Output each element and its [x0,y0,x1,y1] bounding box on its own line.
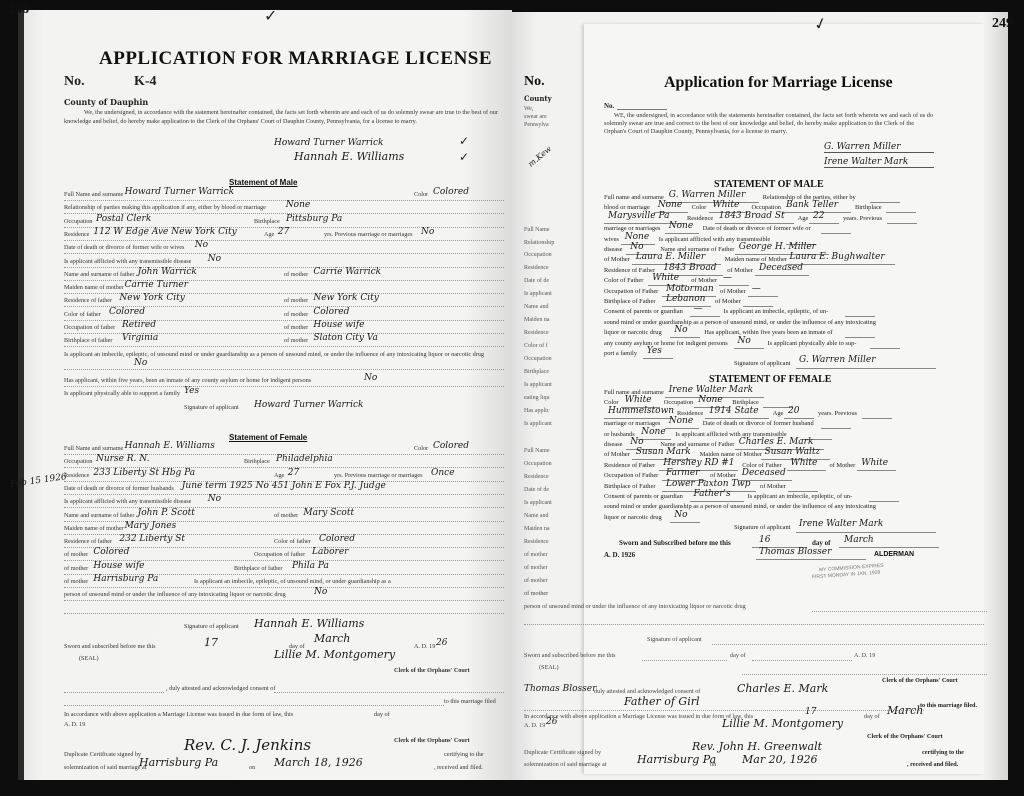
field-label: of mother [64,577,88,586]
field-value: Philadelphia [276,454,333,464]
field-value: None [669,221,693,231]
field-label: of mother [284,336,308,345]
license-ad-label: A. D. 19 [524,722,545,729]
underlying-label: Is applicant [524,382,552,388]
form-line [64,386,504,387]
form-line [748,296,778,297]
solemnization-label: solemnization of said marriage at [524,761,606,768]
field-value: Mary Scott [303,508,354,518]
form-line [796,532,936,533]
license-day-label: day of [864,713,880,720]
field-label: of mother [284,296,308,305]
field-value: Susan Mark [636,447,691,457]
field-label: Is applicant an imbecile, epileptic, of … [724,308,829,315]
form-line [690,316,720,317]
field-value: 27 [278,227,289,237]
check-mark-icon: ✓ [812,13,830,36]
field-label: person of unsound mind or under the infl… [524,603,746,610]
license-year: 26 [546,717,557,727]
marriage-date: Mar 20, 1926 [742,753,818,766]
field-label: Residence of father [64,296,112,305]
form-line [64,494,504,495]
book-bottom-edge [0,780,1024,796]
field-label: of Mother [720,288,746,295]
underlying-label: County [524,94,552,103]
form-line [812,611,987,612]
sworn-label: Sworn and subscribed before me this [524,652,616,659]
form-line [743,306,773,307]
form-line [64,267,504,268]
field-value: White [713,200,740,210]
pasted-application-form: ✓ Application for Marriage License No. W… [584,24,984,774]
sworn-ad: A. D. 1926 [604,551,635,559]
underlying-label: Date of de [524,487,549,493]
underlying-label: eating liqu [524,395,550,401]
ledger-spread: 248 ✓ APPLICATION FOR MARRIAGE LICENSE N… [0,0,1024,796]
filed-label: to this marriage filed. [920,702,977,709]
underlying-label: Full Name [524,448,550,454]
page-number-right: 249 [992,16,1013,32]
field-label: wives [604,236,619,243]
field-value: Slaton City Va [313,333,377,343]
underlying-label: Is applicant [524,291,552,297]
form-line [755,275,809,276]
form-line [821,233,851,234]
field-label: Has applicant, within five years been an… [704,329,832,336]
field-value: 1914 State [709,406,759,416]
field-label: of Mother [830,462,856,469]
field-value: None [625,232,649,242]
duplicate-signer: Rev. John H. Greenwalt [692,740,822,753]
form-line [742,674,987,675]
form-line [690,501,744,502]
form-line [670,337,700,338]
sworn-label: Sworn and Subscribed before me this [619,539,731,547]
preamble: We, the undersigned, in accordance with … [64,108,504,126]
underlying-label: Birthplace [524,369,549,375]
form-line [809,223,839,224]
underlying-label: Residence [524,474,549,480]
alderman-signature: Thomas Blosser [759,547,831,557]
field-value: Yes [647,346,662,356]
field-label: Occupation [64,217,93,226]
field-label: Birthplace [254,217,280,226]
underlying-label: Occupation [524,461,552,467]
male-section-heading: STATEMENT OF MALE [714,179,824,190]
field-label: years. Previous [843,215,882,222]
field-value: White [861,458,888,468]
form-line [705,418,769,419]
field-label: Color of father [274,537,311,546]
field-label: Consent of parents or guardian [604,493,683,500]
field-label: Occupation of father [64,323,115,332]
field-label: Age [264,230,274,239]
underlying-label: Is applicant [524,421,552,427]
field-value: Deceased [742,468,786,478]
form-line [787,470,826,471]
field-value: No [630,437,643,447]
field-label: Full name and surname [604,194,664,201]
form-line [64,587,504,588]
certifying-label: certifying to the [444,750,484,759]
license-day: 17 [805,707,816,717]
field-label: Maiden name of mother [64,524,124,533]
field-label: Age [773,410,784,417]
underlying-label: Pennsylva [524,122,549,128]
underlying-label: Date of de [524,278,549,284]
question-label: Is applicant physically able to support … [64,389,180,398]
field-label: port a family [604,350,637,357]
field-label: of mother [284,270,308,279]
license-month: March [887,704,923,717]
duplicate-label: Duplicate Certificate signed by [64,750,141,759]
field-value: Retired [122,320,156,330]
form-number-label: No. [604,102,614,110]
field-label: Occupation of Father [604,472,658,479]
underlying-label: of mother [524,565,548,571]
underlying-label: Maiden na [524,317,550,323]
field-value: Colored [433,187,469,197]
answer-value: No [364,373,377,383]
field-value: Father's [694,489,731,499]
female-section-heading: STATEMENT OF FEMALE [709,374,831,385]
form-line [64,705,444,706]
field-value: No [208,254,221,264]
field-value: None [669,416,693,426]
signature-label: Signature of applicant [734,360,790,367]
form-title: Application for Marriage License [664,74,893,92]
form-line [734,348,764,349]
license-issued-label: In accordance with above application a M… [64,710,293,719]
sworn-month: March [314,632,350,645]
field-value: White [791,458,818,468]
field-label: of mother [284,323,308,332]
margin-note: Feb 15 1926 [10,472,68,490]
field-label: of mother [524,590,548,597]
field-label: Residence [64,471,89,480]
sworn-day: 16 [759,535,770,545]
form-line [869,501,899,502]
field-label: Is applicant afflicted with any transmis… [64,497,191,506]
form-line [862,418,892,419]
field-label: Date of death or divorce of former husba… [703,420,814,427]
field-value: No [674,325,687,335]
license-day-label: day of [374,710,390,719]
field-label: Consent of parents or guardian [604,308,683,315]
underlying-label: Maiden na [524,526,550,532]
field-value: No [195,240,208,250]
applicant-signature: Hannah E. Williams [254,617,364,630]
field-value: None [286,200,310,210]
field-value: Carrie Warrick [313,267,381,277]
male-section-heading: Statement of Male [229,178,297,187]
underlying-label: No. [524,74,545,90]
field-label: yrs. Previous marriage or marriages [324,230,413,239]
question-label: Has applicant, within five years, been a… [64,376,311,385]
page-title: APPLICATION FOR MARRIAGE LICENSE [99,48,492,70]
field-value: — [723,273,732,283]
check-mark-icon: ✓ [459,150,469,165]
marriage-place: Harrisburg Pa [637,753,716,766]
form-line [524,710,924,711]
form-line [788,491,818,492]
field-value: No [630,242,643,252]
clerk-label: Clerk of the Orphans' Court [867,733,943,740]
field-value: 20 [788,406,799,416]
form-line [821,428,851,429]
underlying-label: Residence [524,539,549,545]
signature-label: Signature of applicant [647,636,702,643]
field-value: Deceased [759,263,803,273]
field-value: Colored [319,534,355,544]
field-value: Laura E. Miller [636,252,705,262]
form-line [887,223,917,224]
field-value: Nurse R. N. [96,454,149,464]
applicant-signature: Irene Walter Mark [799,519,883,529]
field-label: Residence of father [64,537,112,546]
field-value: House wife [93,561,144,571]
applicant-signature-female: Irene Walter Mark [824,157,934,168]
field-label: Age [274,471,284,480]
field-value: — [752,284,761,294]
field-value: Virginia [122,333,158,343]
certifying-label: certifying to the [922,749,964,756]
field-label: Full Name and surname [64,444,123,453]
underlying-label: Color of f [524,343,548,349]
form-line [64,346,504,347]
field-value: 233 Liberty St Hbg Pa [93,468,195,478]
form-line [712,644,987,645]
relation: Father of Girl [624,695,700,708]
answer-value: No [314,587,327,597]
field-label: of mother [284,310,308,319]
underlying-label: Occupation [524,356,552,362]
page-number-left: 248 [8,2,29,18]
underlying-label: swear are [524,114,547,120]
field-label: Name and surname of father [64,270,134,279]
field-value: Once [431,468,455,478]
field-label: Date of death or divorce of former wife … [703,225,811,232]
field-value: Hannah E. Williams [125,441,215,451]
sworn-year: 26 [436,638,447,648]
signature-label: Signature of applicant [184,622,239,631]
consent-of: Charles E. Mark [737,682,828,695]
field-label: Color [414,444,428,453]
clerk-label: Clerk of the Orphans' Court [394,666,470,675]
field-label: Birthplace of father [64,336,112,345]
field-label: Is applicant afflicted with any transmis… [64,257,191,266]
field-value: June term 1925 No 451 John E Fox P.J. Ju… [182,481,386,491]
number-value: K-4 [134,74,157,90]
form-line [665,428,699,429]
seal-label: (SEAL) [79,654,99,663]
form-line [64,240,504,241]
form-line [64,613,504,614]
underlying-label: Occupation [524,252,552,258]
field-label: of Mother [715,298,741,305]
applicant-signature: G. Warren Miller [799,355,876,365]
field-label: of Mother [604,451,630,458]
ad-label: A. D. 19 [854,652,875,659]
field-value: Pittsburg Pa [286,214,342,224]
field-value: None [641,427,665,437]
field-value: None [658,200,682,210]
field-label: of Mother [760,483,786,490]
field-value: No [208,494,221,504]
form-line [839,547,939,548]
field-label: yrs. Previous marriage or marriages [334,471,423,480]
field-label: liquor or narcotic drug [604,329,662,336]
form-number-field [617,109,667,110]
sworn-month: March [844,535,874,545]
form-line [604,418,673,419]
field-value: No [738,336,751,346]
form-line [796,368,936,369]
field-label: Occupation of father [254,550,305,559]
sworn-label: Sworn and subscribed before me this [64,642,156,651]
form-line [756,559,866,560]
field-value: George H. Miller [739,242,816,252]
field-value: No [421,227,434,237]
license-ad-label: A. D. 19 [64,720,85,729]
question-label: Is applicant an imbecile, epileptic, of … [64,350,504,359]
field-value: 232 Liberty St [119,534,185,544]
form-line [870,202,900,203]
field-label: Birthplace [244,457,270,466]
field-label: of Mother [604,256,630,263]
field-value: Marysville Pa [608,211,670,221]
check-mark-icon: ✓ [264,6,277,26]
ad-label: A. D. 19 [414,642,435,651]
form-line [64,253,504,254]
form-line [662,306,711,307]
underlying-label: We, [524,106,533,112]
field-value: 1843 Broad St [719,211,785,221]
underlying-label: of mother [524,552,548,558]
field-value: John Warrick [138,267,197,277]
right-page: 249 No.CountyWe,swear arePennsylvaFull N… [512,12,1008,784]
field-label: Relationship of parties making this appl… [64,203,266,212]
field-label: Birthplace of father [234,564,282,573]
margin-initials: m.Kew [526,144,553,169]
underlying-label: Name and [524,304,549,310]
consent-signer: Thomas Blosser [524,684,596,694]
field-value: Laborer [312,547,348,557]
field-label: of mother [64,564,88,573]
field-value: New York City [313,293,378,303]
applicant-signature: Howard Turner Warrick [254,400,363,410]
number-label: No. [64,74,85,90]
clerk-label: Clerk of the Orphans' Court [882,677,958,684]
field-label: Occupation [64,457,93,466]
received-label: , received and filed. [907,761,958,768]
field-value: Motorman [666,284,714,294]
field-label: of mother [64,550,88,559]
field-label: Residence [64,230,89,239]
applicant-signature-male: G. Warren Miller [824,142,934,153]
form-line [64,600,504,601]
field-label: Birthplace [855,204,882,211]
form-line [857,470,896,471]
field-label: sound mind or under guardianship as a pe… [604,503,876,510]
answer-value: Yes [184,386,199,396]
marriage-place: Harrisburg Pa [139,756,218,769]
signature-label: Signature of applicant [184,403,239,412]
seal-label: (SEAL) [539,664,559,671]
field-label: Occupation of Father [604,288,658,295]
field-label: Color of Father [604,277,643,284]
field-label: Residence of Father [604,267,655,274]
form-line [64,692,164,693]
field-value: — [694,304,703,314]
field-label: Name and surname of father [64,511,134,520]
field-value: White [652,273,679,283]
underlying-label: Has applic [524,408,550,414]
form-line [524,624,984,625]
field-value: Postal Clerk [96,214,151,224]
form-line [64,507,504,508]
underlying-label: Relationship [524,240,554,246]
field-label: of mother [274,511,298,520]
field-value: Phila Pa [292,561,329,571]
underlying-label: of mother [524,578,548,584]
field-label: Date of death or divorce of former husba… [64,484,174,493]
field-value: White [625,395,652,405]
field-value: Farmer [666,468,699,478]
applicant-signature-female: Hannah E. Williams [294,150,404,163]
field-value: Irene Walter Mark [669,385,753,395]
field-value: Laura E. Bughwalter [790,252,885,262]
answer-value: No [134,358,147,368]
field-value: None [698,395,722,405]
form-line [719,285,749,286]
form-line [64,200,504,201]
field-label: Color of father [64,310,101,319]
consent-line: duly attested and acknowledged consent o… [594,688,700,695]
field-label: Full Name and surname [64,190,123,199]
question-label: person of unsound mind or under the infl… [64,590,286,599]
field-value: Susan Waltz [765,447,821,457]
field-value: New York City [119,293,184,303]
alderman-label: ALDERMAN [874,551,914,558]
form-line [64,547,504,548]
left-page: 248 ✓ APPLICATION FOR MARRIAGE LICENSE N… [18,10,512,782]
form-preamble: WE, the undersigned, in accordance with … [604,112,934,136]
form-line [274,692,504,693]
on-label: on [710,761,716,768]
field-label: liquor or narcotic drug [604,514,662,521]
form-line [752,660,852,661]
day-of-label: day of [812,539,830,547]
field-value: Colored [109,307,145,317]
form-line [642,660,727,661]
form-line [643,358,673,359]
form-line [64,369,504,370]
form-line [784,418,814,419]
field-label: Color [692,204,707,211]
field-label: Color [414,190,428,199]
field-value: 1843 Broad [663,263,716,273]
duplicate-signer: Rev. C. J. Jenkins [184,736,311,754]
field-value: Lebanon [666,294,705,304]
field-label: Age [798,215,809,222]
check-mark-icon: ✓ [459,134,469,149]
field-value: Lower Paxton Twp [666,479,751,489]
license-issued-label: In accordance with above application a M… [524,713,753,720]
field-label: years. Previous [818,410,857,417]
field-value: Howard Turner Warrick [125,187,234,197]
field-label: Is applicant physically able to sup- [768,340,857,347]
